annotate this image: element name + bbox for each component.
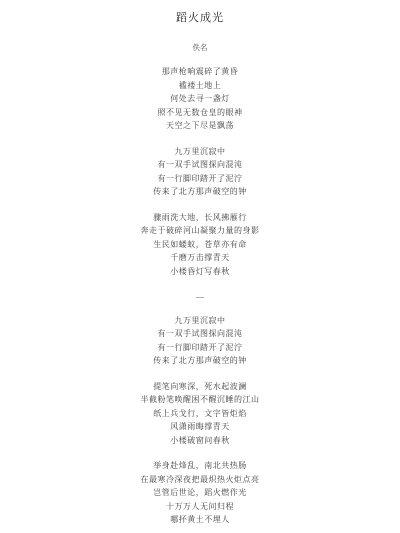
poem-line: 岂管后世论，蹈火燃作光 — [0, 486, 400, 500]
poem-line: 天空之下尽是飘荡 — [0, 119, 400, 133]
stanza-5: 提笔向寒深，死水起波澜 半截粉笔唤醒困不醒沉睡的江山 纸上兵戈行，文字皆炬焰 风… — [0, 380, 400, 448]
poem-line: 那声枪响震碎了黄昏 — [0, 65, 400, 79]
poem-line: 哪抔黄土不埋人 — [0, 513, 400, 527]
poem-line: 生民如蝼蚁，苍草亦有命 — [0, 238, 400, 252]
stanza-separator: — — [0, 290, 400, 304]
poem-author: 佚名 — [0, 43, 400, 53]
poem-line: 千磨万击撑青天 — [0, 251, 400, 265]
poem-line: 提笔向寒深，死水起波澜 — [0, 380, 400, 394]
poem-line: 奔走于破碎河山凝聚力量的身影 — [0, 224, 400, 238]
poem-line: 有一双手试图探向混沌 — [0, 158, 400, 172]
poem-line: 九万里沉寂中 — [0, 314, 400, 328]
poem-line: 在最寒冷深夜把最炽热火炬点亮 — [0, 473, 400, 487]
stanza-2: 九万里沉寂中 有一双手试图探向混沌 有一行脚印踏开了泥泞 传来了北方那声破空的钟 — [0, 145, 400, 199]
poem-title: 蹈火成光 — [0, 12, 400, 25]
poem-line: 小楼破窗问春秋 — [0, 434, 400, 448]
stanza-3: 骤雨洗大地，长风拂雁行 奔走于破碎河山凝聚力量的身影 生民如蝼蚁，苍草亦有命 千… — [0, 211, 400, 279]
stanza-6: 举身赴烽乱，南北共热肠 在最寒冷深夜把最炽热火炬点亮 岂管后世论，蹈火燃作光 十… — [0, 459, 400, 527]
poem-line: 传来了北方那声破空的钟 — [0, 354, 400, 368]
stanza-1: 那声枪响震碎了黄昏 褴褛土地上 何处去寻一盏灯 照不见无数仓皇的眼神 天空之下尽… — [0, 65, 400, 133]
stanza-4: 九万里沉寂中 有一双手试图探向混沌 有一行脚印踏开了泥泞 传来了北方那声破空的钟 — [0, 314, 400, 368]
poem-line: 何处去寻一盏灯 — [0, 92, 400, 106]
poem-line: 有一行脚印踏开了泥泞 — [0, 341, 400, 355]
poem-line: 骤雨洗大地，长风拂雁行 — [0, 211, 400, 225]
poem-line: 有一行脚印踏开了泥泞 — [0, 172, 400, 186]
poem-page: 蹈火成光 佚名 那声枪响震碎了黄昏 褴褛土地上 何处去寻一盏灯 照不见无数仓皇的… — [0, 0, 400, 533]
poem-line: 风潇雨晦撑青天 — [0, 420, 400, 434]
poem-line: 褴褛土地上 — [0, 79, 400, 93]
poem-line: 九万里沉寂中 — [0, 145, 400, 159]
poem-line: 照不见无数仓皇的眼神 — [0, 106, 400, 120]
poem-line: 纸上兵戈行，文字皆炬焰 — [0, 407, 400, 421]
poem-line: 传来了北方那声破空的钟 — [0, 185, 400, 199]
poem-line: 有一双手试图探向混沌 — [0, 327, 400, 341]
poem-line: 十万万人无问归程 — [0, 500, 400, 514]
poem-line: 小楼昏灯写春秋 — [0, 265, 400, 279]
poem-line: 半截粉笔唤醒困不醒沉睡的江山 — [0, 393, 400, 407]
poem-line: 举身赴烽乱，南北共热肠 — [0, 459, 400, 473]
